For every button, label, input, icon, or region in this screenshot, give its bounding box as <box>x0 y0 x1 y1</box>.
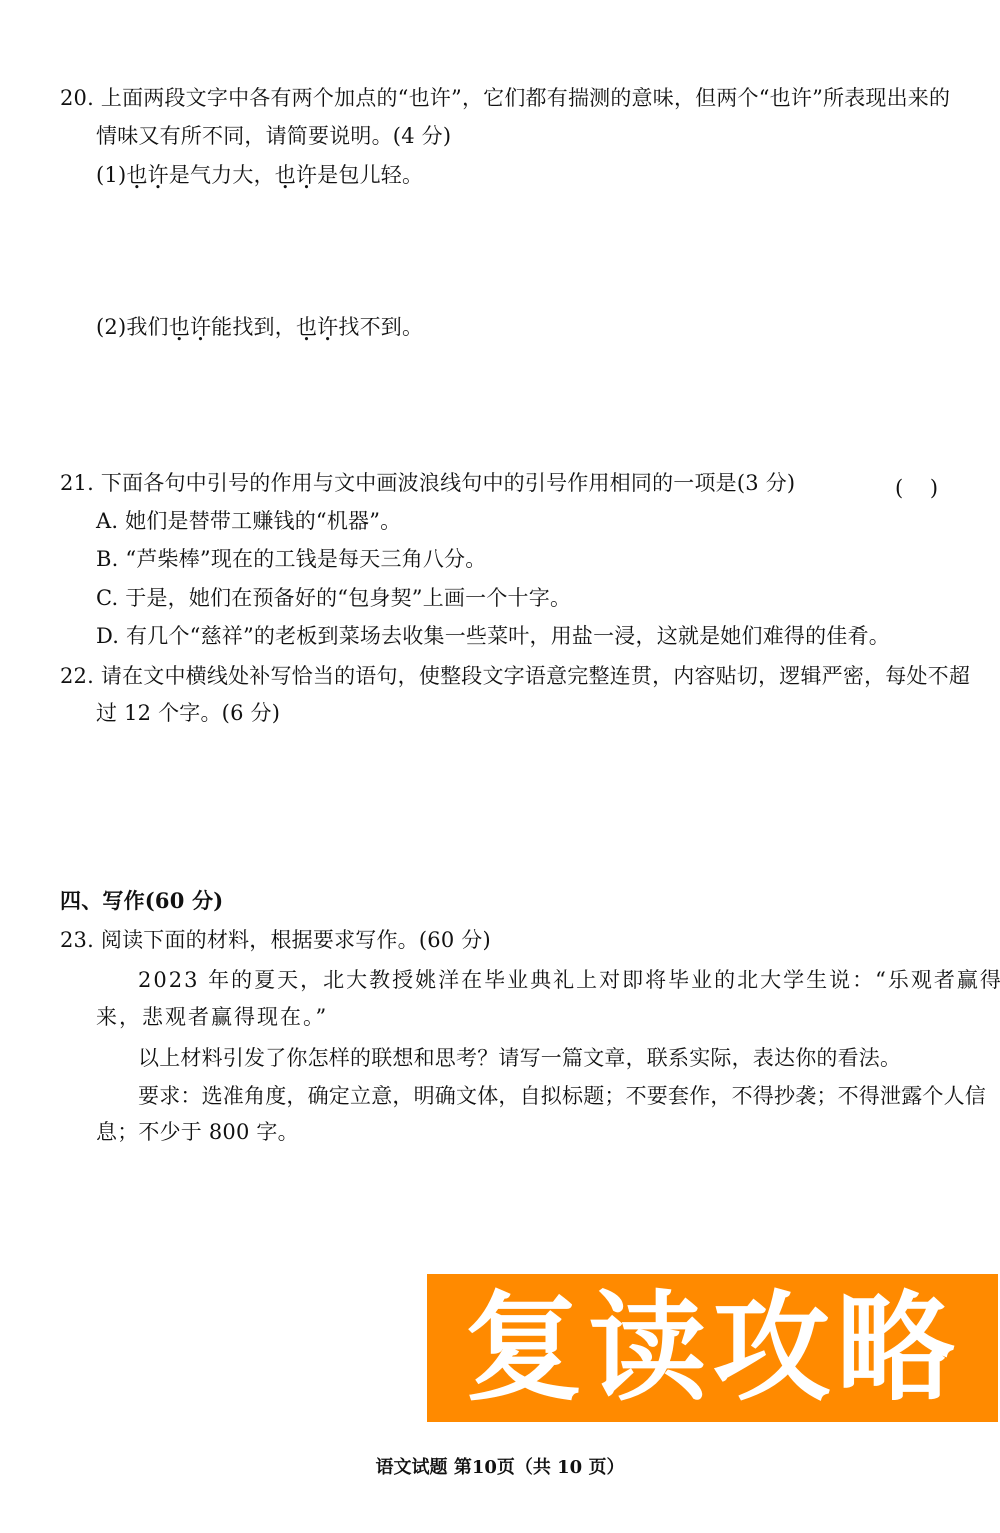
emphasis-char: 许 <box>148 163 169 187</box>
q20-sub2-mid: 能找到， <box>211 315 296 339</box>
q22-stem-line2: 过 12 个字。(6 分) <box>96 699 280 727</box>
page-footer: 语文试题 第10页（共 10 页） <box>0 1456 1000 1480</box>
emphasis-char: 也 <box>169 315 190 339</box>
q21-option-d: D. 有几个“慈祥”的老板到菜场去收集一些菜叶，用盐一浸，这就是她们难得的佳肴。 <box>96 622 890 650</box>
q23-material-line1: 2023 年的夏天，北大教授姚洋在毕业典礼上对即将毕业的北大学生说：“乐观者赢得… <box>138 966 1000 994</box>
emphasis-char: 许 <box>190 315 211 339</box>
q20-sub2-prefix: (2)我们 <box>96 315 169 339</box>
section-title: 四、写作(60 分) <box>60 887 223 915</box>
q23-stem: 23. 阅读下面的材料，根据要求写作。(60 分) <box>60 926 491 954</box>
emphasis-char: 许 <box>296 163 317 187</box>
q23-requirements-line2: 息；不少于 800 字。 <box>96 1118 299 1146</box>
answer-blank[interactable]: ( ) <box>895 474 938 502</box>
q20-sub2-suffix: 找不到。 <box>338 315 423 339</box>
q23-prompt: 以上材料引发了你怎样的联想和思考？请写一篇文章，联系实际，表达你的看法。 <box>138 1044 901 1072</box>
q20-sub2: (2)我们也许能找到，也许找不到。 <box>96 313 423 341</box>
emphasis-char: 也 <box>296 315 317 339</box>
emphasis-char: 也 <box>126 163 147 187</box>
q21-stem: 21. 下面各句中引号的作用与文中画波浪线句中的引号作用相同的一项是(3 分) <box>60 469 795 497</box>
q23-requirements-line1: 要求：选准角度，确定立意，明确文体，自拟标题；不要套作，不得抄袭；不得泄露个人信 <box>138 1082 986 1110</box>
q20-sub1: (1)也许是气力大，也许是包儿轻。 <box>96 161 423 189</box>
banner-text: 复读攻略 <box>464 1289 960 1407</box>
q20-sub1-suffix: 是包儿轻。 <box>317 163 423 187</box>
emphasis-char: 也 <box>275 163 296 187</box>
q20-stem-line2: 情味又有所不同，请简要说明。(4 分) <box>96 122 451 150</box>
q21-option-a: A. 她们是替带工赚钱的“机器”。 <box>96 507 401 535</box>
q20-sub1-mid: 是气力大， <box>169 163 275 187</box>
q21-option-c: C. 于是，她们在预备好的“包身契”上画一个十字。 <box>96 584 571 612</box>
emphasis-char: 许 <box>317 315 338 339</box>
q21-option-b: B. “芦柴棒”现在的工钱是每天三角八分。 <box>96 545 486 573</box>
q22-stem-line1: 22. 请在文中横线处补写恰当的语句，使整段文字语意完整连贯，内容贴切，逻辑严密… <box>60 662 970 690</box>
q20-sub1-prefix: (1) <box>96 163 126 187</box>
q23-material-line2: 来，悲观者赢得现在。” <box>96 1003 328 1031</box>
q20-stem-line1: 20. 上面两段文字中各有两个加点的“也许”，它们都有揣测的意味，但两个“也许”… <box>60 84 950 112</box>
watermark-banner: 复读攻略 <box>427 1274 998 1422</box>
